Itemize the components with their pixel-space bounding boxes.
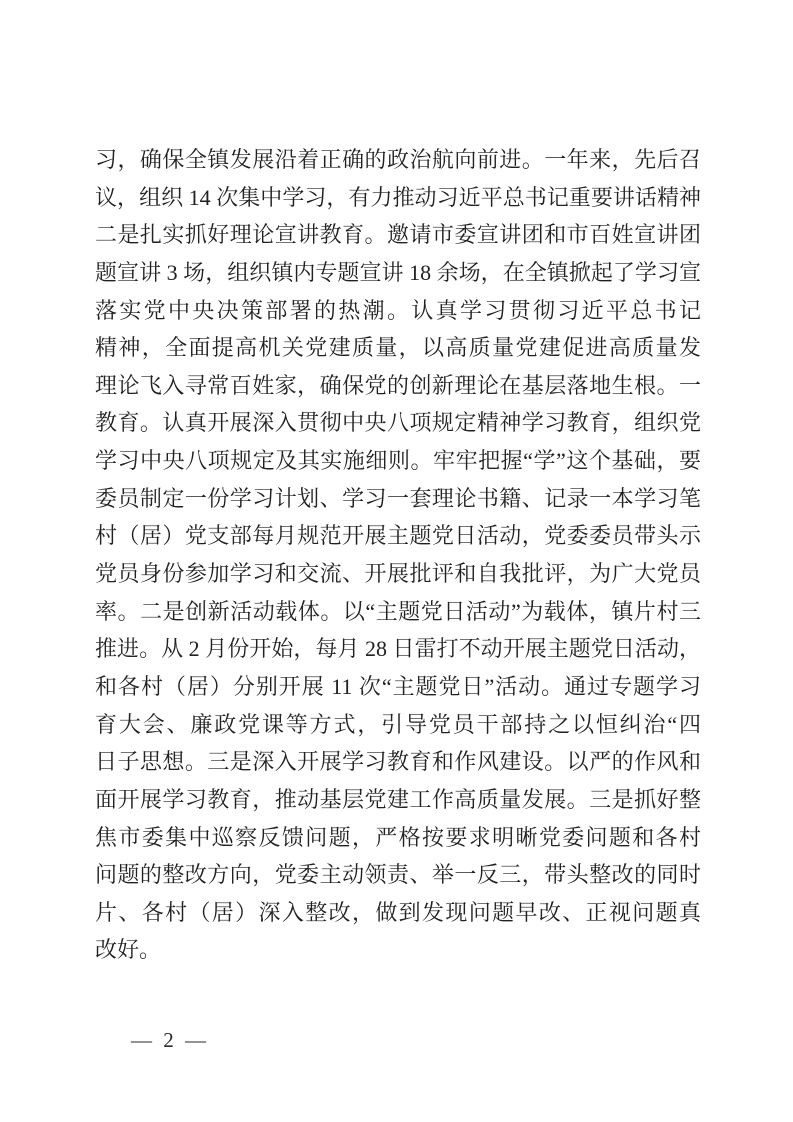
text-line: 理论飞入寻常百姓家，确保党的创新理论在基层落地生根。一是强化经常 [95, 367, 701, 405]
document-page: 习，确保全镇发展沿着正确的政治航向前进。一年来，先后召开 15 次会议，组织 1… [0, 0, 793, 1122]
text-line: 精神，全面提高机关党建质量，以高质量党建促进高质量发展。推动党的 [95, 329, 701, 367]
text-line: 委员制定一份学习计划、学习一套理论书籍、记录一本学习笔记，督促各 [95, 480, 701, 518]
text-line: 题宣讲 3 场，组织镇内专题宣讲 18 余场，在全镇掀起了学习宣传和贯彻 [95, 254, 701, 292]
text-line: 党员身份参加学习和交流、开展批评和自我批评，为广大党员干部作出表 [95, 555, 701, 593]
text-line: 面开展学习教育，推动基层党建工作高质量发展。三是抓好整改落实。聚 [95, 781, 701, 819]
text-line: 习，确保全镇发展沿着正确的政治航向前进。一年来，先后召开 15 次会 [95, 141, 701, 179]
text-line: 日子思想。三是深入开展学习教育和作风建设。以严的作风和实的要求全 [95, 743, 701, 781]
text-line: 焦市委集中巡察反馈问题，严格按要求明晰党委问题和各村（居）党组织 [95, 819, 701, 857]
text-line: 教育。认真开展深入贯彻中央八项规定精神学习教育，组织党员干部系统 [95, 404, 701, 442]
text-line: 片、各村（居）深入整改，做到发现问题早改、正视问题真改、动真碰硬 [95, 894, 701, 932]
document-body: 习，确保全镇发展沿着正确的政治航向前进。一年来，先后召开 15 次会议，组织 1… [95, 141, 701, 969]
text-line: 问题的整改方向，党委主动领责、举一反三，带头整改的同时纵深推动各 [95, 856, 701, 894]
text-line: 改好。 [95, 931, 701, 969]
text-line: 率。二是创新活动载体。以“主题党日活动”为载体，镇片村三级联动整体 [95, 593, 701, 631]
text-line: 学习中央八项规定及其实施细则。牢牢把握“学”这个基础，要求每名党委 [95, 442, 701, 480]
text-line: 议，组织 14 次集中学习，有力推动习近平总书记重要讲话精神落地落实。 [95, 179, 701, 217]
page-number: — 2 — [131, 1028, 209, 1052]
text-line: 育大会、廉政党课等方式，引导党员干部持之以恒纠治“四风”，树牢过紧 [95, 706, 701, 744]
text-line: 二是扎实抓好理论宣讲教育。邀请市委宣讲团和市百姓宣讲团到我镇作专 [95, 216, 701, 254]
text-line: 和各村（居）分别开展 11 次“主题党日”活动。通过专题学习会、警示教 [95, 668, 701, 706]
text-line: 推进。从 2 月份开始，每月 28 日雷打不动开展主题党日活动，全年机关 [95, 630, 701, 668]
text-line: 村（居）党支部每月规范开展主题党日活动，党委委员带头示范，以普通 [95, 517, 701, 555]
text-line: 落实党中央决策部署的热潮。认真学习贯彻习近平总书记“7·29”重要指示 [95, 292, 701, 330]
page-footer: — 2 — [131, 1028, 209, 1052]
